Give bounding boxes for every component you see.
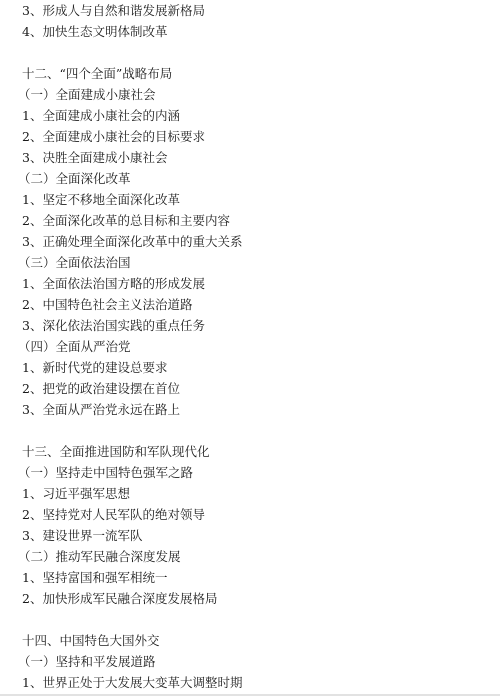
subsection-heading: （二）推动军民融合深度发展	[18, 546, 242, 567]
list-item: 3、深化依法治国实践的重点任务	[22, 315, 242, 336]
list-item: 2、坚持党对人民军队的绝对领导	[22, 504, 242, 525]
blank-line	[22, 420, 242, 441]
list-item: 1、全面依法治国方略的形成发展	[22, 273, 242, 294]
document-body: 3、形成人与自然和谐发展新格局 4、加快生态文明体制改革 十二、“四个全面”战略…	[22, 0, 242, 693]
list-item: 4、加快生态文明体制改革	[22, 21, 242, 42]
list-item: 1、世界正处于大发展大变革大调整时期	[22, 672, 242, 693]
list-item: 2、加快形成军民融合深度发展格局	[22, 588, 242, 609]
section-heading: 十二、“四个全面”战略布局	[22, 63, 242, 84]
subsection-heading: （一）全面建成小康社会	[18, 84, 242, 105]
list-item: 1、习近平强军思想	[22, 483, 242, 504]
list-item: 1、全面建成小康社会的内涵	[22, 105, 242, 126]
subsection-heading: （四）全面从严治党	[18, 336, 242, 357]
blank-line	[22, 609, 242, 630]
list-item: 3、正确处理全面深化改革中的重大关系	[22, 231, 242, 252]
subsection-heading: （二）全面深化改革	[18, 168, 242, 189]
section-heading: 十三、全面推进国防和军队现代化	[22, 441, 242, 462]
list-item: 1、坚定不移地全面深化改革	[22, 189, 242, 210]
document-page: 3、形成人与自然和谐发展新格局 4、加快生态文明体制改革 十二、“四个全面”战略…	[0, 0, 500, 694]
list-item: 3、决胜全面建成小康社会	[22, 147, 242, 168]
list-item: 2、把党的政治建设摆在首位	[22, 378, 242, 399]
subsection-heading: （三）全面依法治国	[18, 252, 242, 273]
list-item: 3、全面从严治党永远在路上	[22, 399, 242, 420]
list-item: 1、坚持富国和强军相统一	[22, 567, 242, 588]
list-item: 2、全面深化改革的总目标和主要内容	[22, 210, 242, 231]
list-item: 2、中国特色社会主义法治道路	[22, 294, 242, 315]
list-item: 2、全面建成小康社会的目标要求	[22, 126, 242, 147]
section-heading: 十四、中国特色大国外交	[22, 630, 242, 651]
subsection-heading: （一）坚持和平发展道路	[18, 651, 242, 672]
subsection-heading: （一）坚持走中国特色强军之路	[18, 462, 242, 483]
blank-line	[22, 42, 242, 63]
list-item: 3、形成人与自然和谐发展新格局	[22, 0, 242, 21]
list-item: 3、建设世界一流军队	[22, 525, 242, 546]
list-item: 1、新时代党的建设总要求	[22, 357, 242, 378]
